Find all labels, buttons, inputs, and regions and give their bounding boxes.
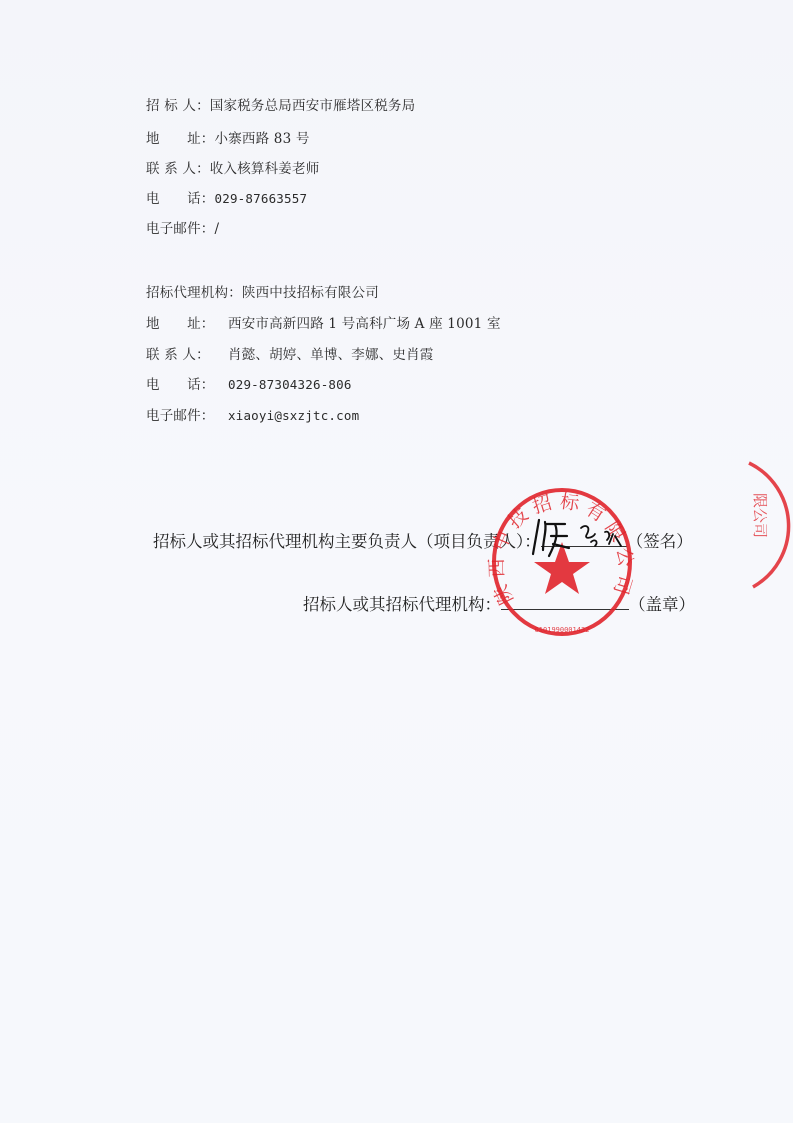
org-seal-suffix: （盖章） — [629, 595, 695, 614]
tenderer-name-label: 招 标 人： — [146, 97, 210, 115]
agency-email-label: 电子邮件： — [146, 407, 228, 425]
tenderer-contact-value: 收入核算科姜老师 — [210, 160, 320, 178]
seal-serial-number: 6101990001432 — [535, 626, 590, 634]
agency-contact-label: 联 系 人： — [146, 346, 228, 364]
agency-name-label: 招标代理机构： — [146, 284, 242, 302]
agency-phone-label: 电 话： — [146, 376, 228, 394]
principal-signature-suffix: （签名） — [627, 532, 693, 551]
principal-signature-line: 招标人或其招标代理机构主要负责人（项目负责人）：（签名） — [153, 530, 693, 553]
partial-seal-edge: 限公司 — [735, 455, 793, 595]
org-seal-label: 招标人或其招标代理机构： — [303, 595, 501, 614]
org-seal-blank — [501, 593, 629, 610]
agency-contact-value: 肖懿、胡婷、单博、李娜、史肖霞 — [228, 346, 434, 364]
org-seal-line: 招标人或其招标代理机构：（盖章） — [303, 593, 695, 616]
tenderer-phone-value: 029-87663557 — [215, 190, 308, 208]
tenderer-address-value: 小寨西路 83 号 — [215, 130, 310, 148]
agency-address-label: 地 址： — [146, 315, 228, 333]
tenderer-contact-row: 联 系 人：收入核算科姜老师 — [146, 160, 319, 178]
tenderer-phone-row: 电 话：029-87663557 — [146, 190, 307, 208]
tenderer-contact-label: 联 系 人： — [146, 160, 210, 178]
tenderer-address-label: 地 址： — [146, 130, 215, 148]
company-seal-stamp: 陕 西 中 技 招 标 有 限 公 司 6101990001432 — [486, 482, 636, 648]
tenderer-address-row: 地 址：小寨西路 83 号 — [146, 130, 310, 148]
tenderer-name-value: 国家税务总局西安市雁塔区税务局 — [210, 97, 416, 115]
tenderer-name-row: 招 标 人：国家税务总局西安市雁塔区税务局 — [146, 97, 415, 115]
principal-signature-label: 招标人或其招标代理机构主要负责人（项目负责人）： — [153, 532, 541, 551]
agency-phone-value: 029-87304326-806 — [228, 376, 352, 394]
agency-address-value: 西安市高新四路 1 号高科广场 A 座 1001 室 — [228, 315, 501, 333]
agency-email-row: 电子邮件：xiaoyi@sxzjtc.com — [146, 407, 359, 425]
seal-edge-text: 限公司 — [751, 493, 769, 538]
document-page: 招 标 人：国家税务总局西安市雁塔区税务局 地 址：小寨西路 83 号 联 系 … — [0, 0, 793, 1123]
agency-name-value: 陕西中技招标有限公司 — [242, 284, 379, 302]
agency-address-row: 地 址：西安市高新四路 1 号高科广场 A 座 1001 室 — [146, 315, 501, 333]
tenderer-email-row: 电子邮件：/ — [146, 220, 219, 238]
tenderer-email-label: 电子邮件： — [146, 220, 215, 238]
principal-signature-blank — [541, 530, 627, 547]
agency-name-row: 招标代理机构：陕西中技招标有限公司 — [146, 284, 379, 302]
tenderer-phone-label: 电 话： — [146, 190, 215, 208]
agency-contact-row: 联 系 人：肖懿、胡婷、单博、李娜、史肖霞 — [146, 346, 434, 364]
agency-phone-row: 电 话：029-87304326-806 — [146, 376, 352, 394]
agency-email-value: xiaoyi@sxzjtc.com — [228, 407, 359, 425]
tenderer-email-value: / — [215, 220, 220, 238]
